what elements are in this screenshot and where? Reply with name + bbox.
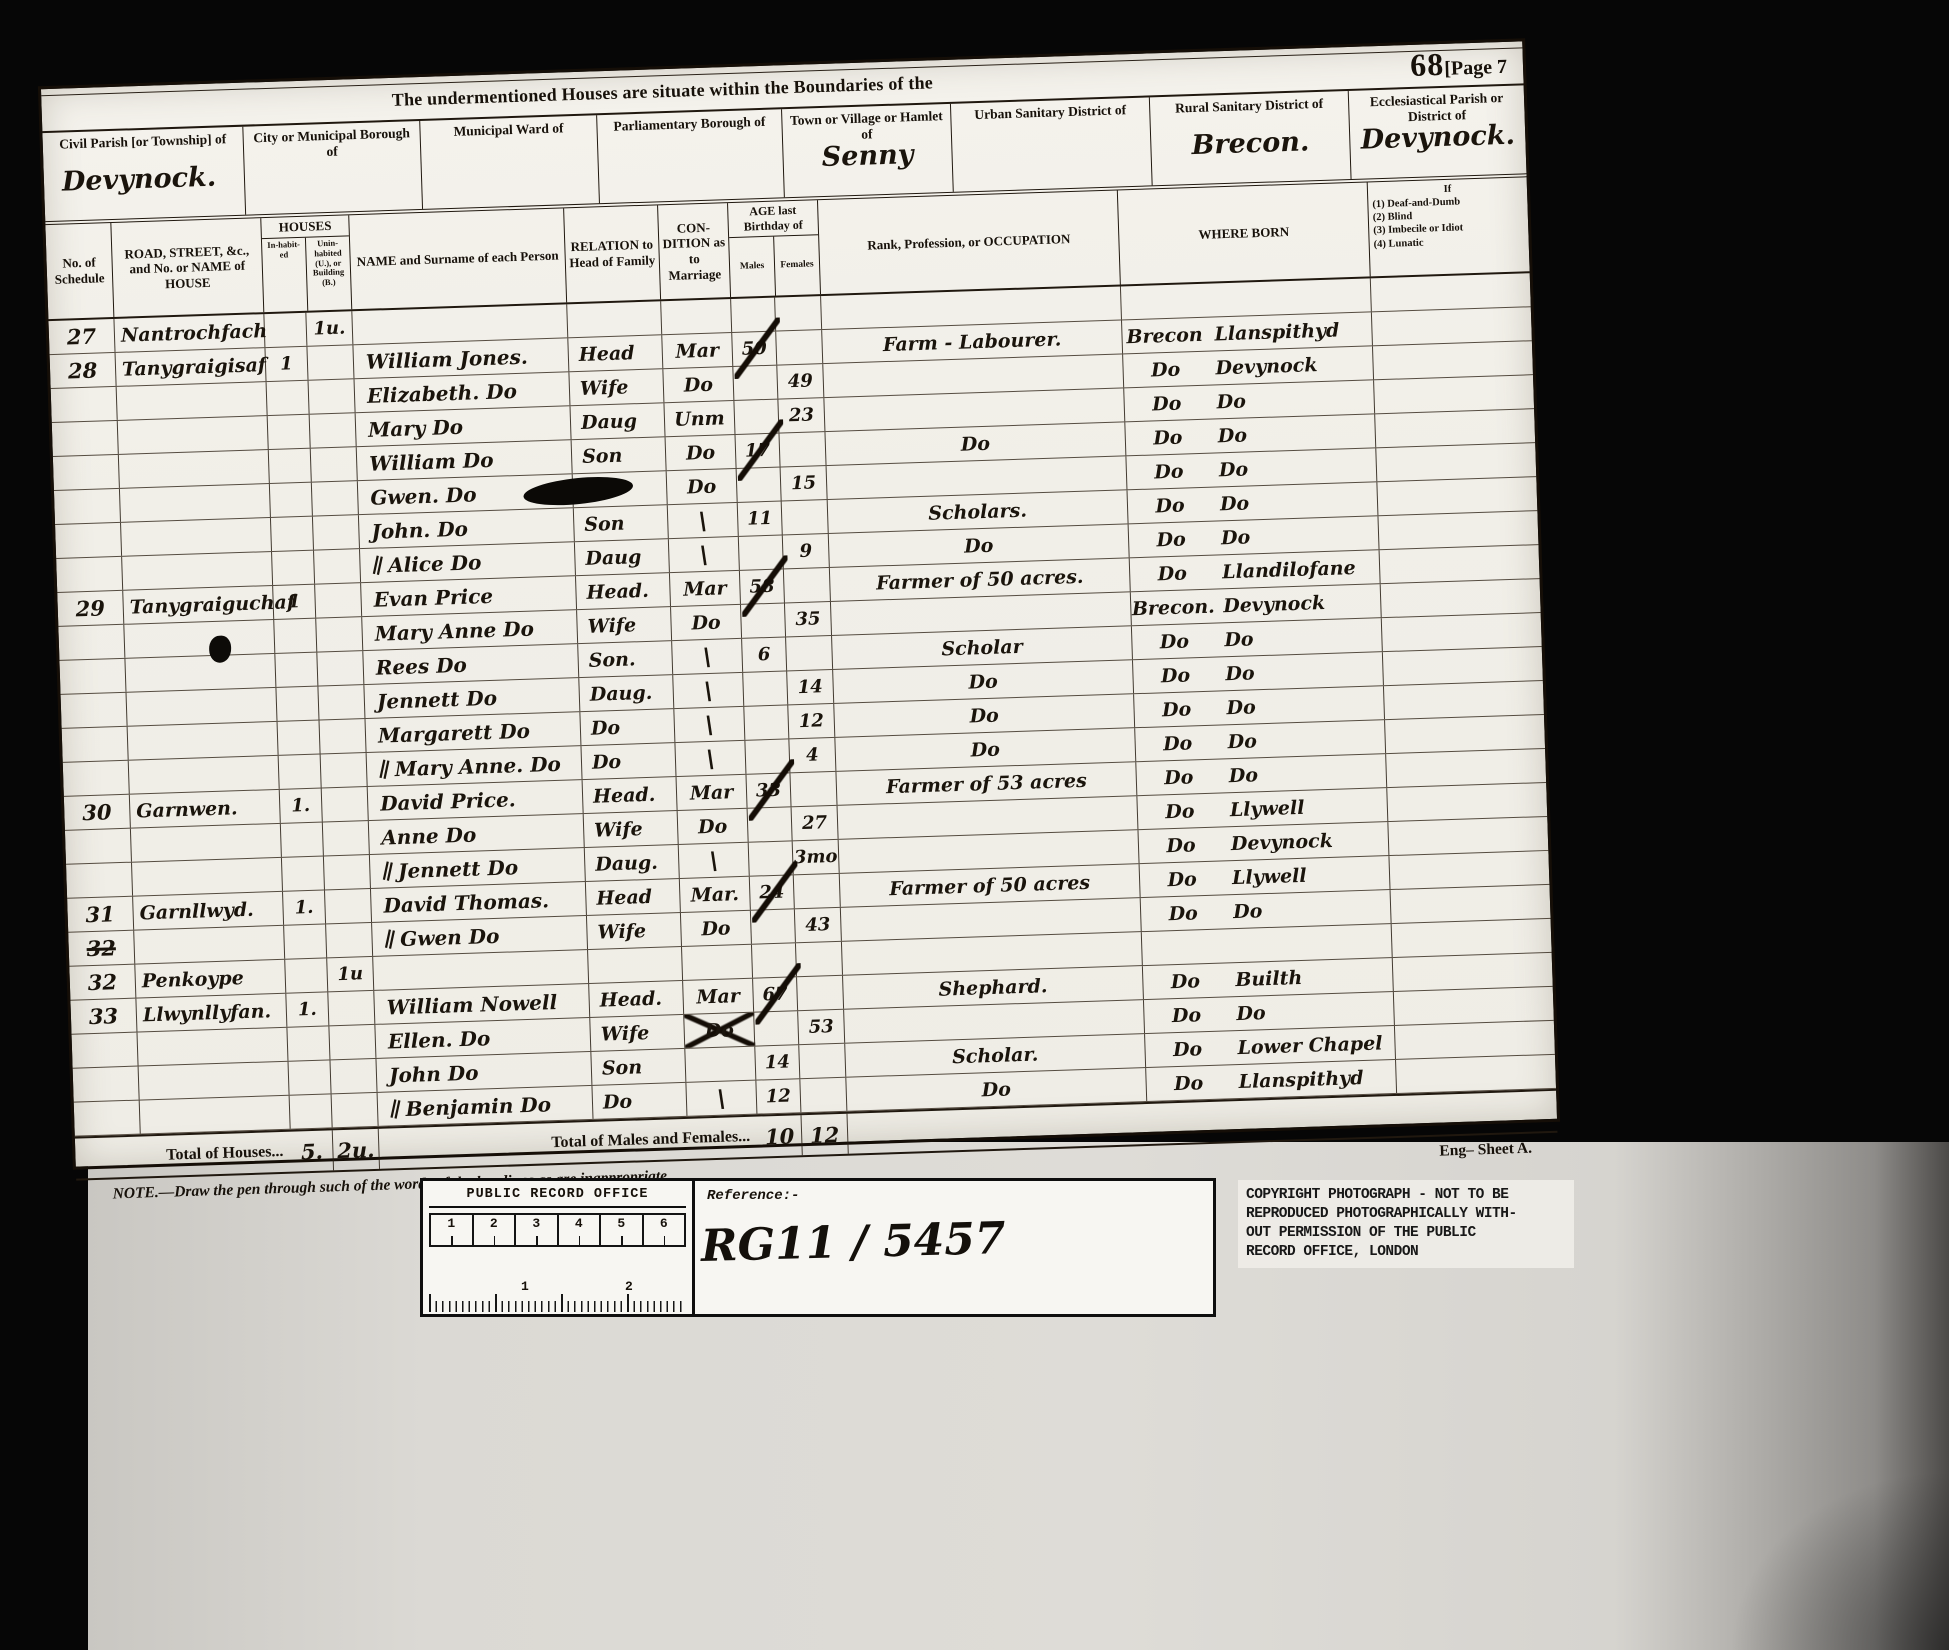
marriage-condition: Mar: [670, 571, 741, 606]
age-male: 58: [740, 569, 785, 603]
public-record-office-stamp: PUBLIC RECORD OFFICE 1 2 3 4 5 6 1 2 Ref…: [420, 1178, 1216, 1317]
person-name: Jennett Do: [364, 678, 580, 718]
person-name: [352, 304, 568, 344]
person-name: Margarett Do: [365, 712, 581, 752]
houses-uninhabited: [309, 379, 356, 413]
houses-uninhabited: [317, 651, 364, 685]
age-male: [743, 671, 788, 705]
marriage-condition: \: [675, 741, 746, 776]
disability-cell: [1381, 579, 1541, 617]
person-name: David Price.: [368, 780, 584, 820]
houses-inhabited: [285, 958, 328, 992]
age-male: [734, 400, 779, 434]
disability-cell: [1373, 341, 1533, 379]
disability-cell: [1383, 647, 1543, 685]
marriage-condition: [682, 945, 753, 980]
total-houses-label: Total of Houses...: [75, 1132, 292, 1179]
road-or-house-name: Penkoype: [135, 960, 286, 998]
person-name: John. Do: [359, 508, 575, 548]
column-header-occupation: Rank, Profession, or OCCUPATION: [818, 190, 1121, 294]
age-male: 33: [746, 773, 791, 807]
disability-cell: [1393, 953, 1553, 991]
road-or-house-name: [139, 1062, 290, 1100]
disability-cell: [1396, 1055, 1556, 1093]
age-female: 9: [783, 534, 830, 568]
schedule-number: [73, 1067, 140, 1102]
houses-inhabited: [268, 415, 311, 449]
houses-uninhabited: [316, 617, 363, 651]
schedule-number: [62, 727, 129, 762]
houses-uninhabited: [328, 991, 375, 1025]
age-female: 4: [789, 738, 836, 772]
relation-to-head: Daug: [575, 539, 670, 575]
person-name: Ellen. Do: [375, 1018, 591, 1058]
column-header-schedule: No. of Schedule: [45, 223, 114, 319]
road-or-house-name: [117, 382, 268, 420]
schedule-number: [54, 489, 121, 524]
houses-inhabited: 1: [273, 585, 316, 619]
age-male: [731, 298, 776, 332]
relation-to-head: Wife: [569, 369, 664, 405]
marriage-condition: Unm: [664, 401, 735, 436]
road-or-house-name: [134, 926, 285, 964]
houses-inhabited: 1: [265, 347, 308, 381]
houses-inhabited: [270, 483, 313, 517]
marriage-condition: \: [673, 673, 744, 708]
person-name: ∥Alice Do: [360, 542, 576, 582]
stamp-office-title: PUBLIC RECORD OFFICE: [429, 1184, 686, 1208]
disability-cell: [1387, 783, 1547, 821]
person-name: Rees Do: [363, 644, 579, 684]
relation-to-head: Son: [572, 437, 667, 473]
schedule-number: 30: [64, 795, 131, 830]
age-male: [744, 705, 789, 739]
person-name: ∥Benjamin Do: [378, 1086, 594, 1126]
age-male: 24: [750, 875, 795, 909]
road-or-house-name: [132, 858, 283, 896]
relation-to-head: Head: [568, 335, 663, 371]
disability-cell: [1374, 375, 1534, 413]
disability-cell: [1385, 715, 1545, 753]
schedule-number: [53, 455, 120, 490]
marriage-condition: Mar: [662, 333, 733, 368]
marriage-condition: \: [674, 707, 745, 742]
schedule-number: 33: [70, 999, 137, 1034]
household-end-mark: ∥: [377, 756, 392, 782]
houses-uninhabited: [324, 855, 371, 889]
total-males: 10: [758, 1115, 803, 1156]
road-or-house-name: [127, 688, 278, 726]
houses-inhabited: [264, 313, 307, 347]
age-female: 23: [778, 398, 825, 432]
road-or-house-name: Nantrochfach: [114, 314, 265, 352]
age-female: [796, 942, 843, 976]
disability-cell: [1371, 273, 1531, 311]
houses-inhabited: [279, 755, 322, 789]
houses-uninhabited: [323, 821, 370, 855]
disability-cell: [1386, 749, 1546, 787]
person-name: William Nowell: [374, 984, 590, 1024]
houses-inhabited: 1.: [283, 890, 326, 924]
age-male: 12: [756, 1079, 801, 1113]
household-end-mark: ∥: [382, 926, 397, 952]
schedule-number: 27: [48, 319, 115, 354]
schedule-number: [58, 625, 125, 660]
relation-to-head: Wife: [584, 811, 679, 847]
person-name: David Thomas.: [371, 882, 587, 922]
person-name: Elizabeth. Do: [355, 372, 571, 412]
schedule-number: [52, 421, 119, 456]
relation-to-head: Do: [592, 1083, 687, 1119]
column-header-where-born: WHERE BORN: [1118, 182, 1371, 284]
column-header-females: Females: [774, 235, 820, 295]
age-female: 14: [787, 670, 834, 704]
houses-inhabited: [282, 856, 325, 890]
total-uninhabited: 2u.: [333, 1129, 380, 1170]
age-female: 27: [792, 806, 839, 840]
age-male: [749, 841, 794, 875]
boundary-rural-sanitary: Rural Sanitary District of Brecon.: [1150, 91, 1352, 185]
road-or-house-name: Garnllwyd.: [133, 892, 284, 930]
age-male: [739, 535, 784, 569]
disability-cell: [1384, 681, 1544, 719]
age-male: 67: [753, 977, 798, 1011]
road-or-house-name: [122, 552, 273, 590]
relation-to-head: Head.: [583, 777, 678, 813]
houses-inhabited: [276, 687, 319, 721]
sheet-label: Eng– Sheet A.: [1439, 1140, 1532, 1161]
disability-cell: [1395, 1021, 1555, 1059]
census-form-paper: The undermentioned Houses are situate wi…: [38, 38, 1560, 1169]
age-male: [745, 739, 790, 773]
houses-uninhabited: 1u.: [306, 311, 353, 345]
road-or-house-name: [121, 518, 272, 556]
relation-to-head: Wife: [577, 607, 672, 643]
age-female: 35: [785, 602, 832, 636]
houses-inhabited: 1.: [280, 789, 323, 823]
houses-inhabited: [275, 653, 318, 687]
age-male: 11: [738, 502, 783, 536]
person-name: Anne Do: [369, 814, 585, 854]
total-females: 12: [802, 1114, 849, 1155]
person-name: ∥Gwen Do: [372, 916, 588, 956]
household-end-mark: ∥: [370, 552, 385, 578]
age-female: [786, 636, 833, 670]
houses-inhabited: [278, 721, 321, 755]
relation-to-head: Son.: [578, 641, 673, 677]
marriage-condition: \: [668, 503, 739, 538]
houses-uninhabited: [322, 787, 369, 821]
person-name: William Do: [357, 440, 573, 480]
boundary-parliamentary-borough: Parliamentary Borough of: [597, 109, 785, 203]
schedule-number: [56, 557, 123, 592]
relation-to-head: [588, 947, 683, 983]
houses-uninhabited: [310, 413, 357, 447]
person-name: Mary Do: [356, 406, 572, 446]
boundary-town-village: Town or Village or Hamlet of Senny: [782, 104, 954, 197]
houses-uninhabited: [320, 719, 367, 753]
marriage-condition: Do: [663, 367, 734, 402]
age-female: 49: [777, 364, 824, 398]
boundary-city-borough: City or Municipal Borough of: [243, 121, 423, 215]
disability-cell: [1377, 477, 1537, 515]
age-male: 14: [755, 1045, 800, 1079]
age-male: 6: [742, 637, 787, 671]
houses-uninhabited: [314, 549, 361, 583]
road-or-house-name: Tanygraigisaf: [116, 348, 267, 386]
houses-inhabited: [274, 619, 317, 653]
person-name: ∥Mary Anne. Do: [367, 746, 583, 786]
relation-to-head: [573, 471, 668, 507]
houses-uninhabited: [318, 685, 365, 719]
column-header-condition: CON- DITION as to Marriage: [658, 203, 731, 299]
age-female: 3mo: [793, 840, 840, 874]
road-or-house-name: [120, 484, 271, 522]
schedule-number: [55, 523, 122, 558]
age-female: [775, 296, 822, 330]
age-female: [800, 1078, 847, 1112]
marriage-condition: Do: [671, 605, 742, 640]
age-female: [799, 1044, 846, 1078]
marriage-condition: \: [672, 639, 743, 674]
person-name: [373, 950, 589, 990]
road-or-house-name: Tanygraiguchaf: [123, 586, 274, 624]
houses-uninhabited: [311, 447, 358, 481]
age-male: [751, 909, 796, 943]
relation-to-head: Wife: [590, 1015, 685, 1051]
column-header-houses: HOUSES In-habit-ed Unin-habited (U.), or…: [261, 215, 352, 312]
schedule-number: 28: [50, 353, 117, 388]
road-or-house-name: [118, 416, 269, 454]
disability-cell: [1391, 885, 1551, 923]
houses-uninhabited: [330, 1059, 377, 1093]
disability-cell: [1394, 987, 1554, 1025]
age-male: 17: [736, 434, 781, 468]
relation-to-head: Head.: [576, 573, 671, 609]
houses-inhabited: [281, 822, 324, 856]
marriage-condition: Do: [684, 1013, 755, 1048]
disability-cell: [1389, 851, 1549, 889]
relation-to-head: Head: [586, 879, 681, 915]
houses-inhabited: [284, 924, 327, 958]
age-male: [737, 468, 782, 502]
stamp-ruler: 1 2: [429, 1250, 686, 1312]
schedule-number: [74, 1101, 141, 1136]
schedule-number: [72, 1033, 139, 1068]
column-header-males: Males: [729, 237, 776, 297]
age-female: [790, 772, 837, 806]
road-or-house-name: [140, 1096, 291, 1134]
age-female: 15: [781, 466, 828, 500]
disability-cell: [1375, 409, 1535, 447]
household-end-mark: ∥: [388, 1096, 403, 1122]
houses-inhabited: [269, 449, 312, 483]
person-name: ∥Jennett Do: [370, 848, 586, 888]
schedule-number: 32: [68, 931, 135, 966]
disability-cell: [1382, 613, 1542, 651]
houses-inhabited: [289, 1060, 332, 1094]
schedule-number: 32: [69, 965, 136, 1000]
relation-to-head: Son: [574, 505, 669, 541]
relation-to-head: Head.: [589, 981, 684, 1017]
relation-to-head: Daug: [570, 403, 665, 439]
age-male: [733, 366, 778, 400]
road-or-house-name: Garnwen.: [130, 790, 281, 828]
disability-cell: [1392, 919, 1552, 957]
houses-uninhabited: 1u: [327, 957, 374, 991]
person-name: John Do: [376, 1052, 592, 1092]
road-or-house-name: [125, 654, 276, 692]
marriage-condition: \: [679, 843, 750, 878]
houses-uninhabited: [325, 889, 372, 923]
column-header-road: ROAD, STREET, &c., and No. or NAME of HO…: [111, 218, 264, 317]
relation-to-head: Do: [581, 743, 676, 779]
marriage-condition: \: [686, 1081, 757, 1116]
houses-inhabited: [290, 1094, 333, 1128]
houses-uninhabited: [321, 753, 368, 787]
relation-to-head: Daug.: [579, 675, 674, 711]
road-or-house-name: [128, 722, 279, 760]
schedule-number: [51, 387, 118, 422]
houses-uninhabited: [312, 481, 359, 515]
boundary-civil-parish: Civil Parish [or Township] of Devynock.: [42, 127, 246, 221]
column-header-age: AGE last Birthday of Males Females: [728, 200, 821, 297]
boundary-urban-sanitary: Urban Sanitary District of: [951, 97, 1153, 191]
marriage-condition: Mar: [677, 775, 748, 810]
age-female: [782, 500, 829, 534]
houses-inhabited: 1.: [286, 992, 329, 1026]
road-or-house-name: [124, 620, 275, 658]
houses-uninhabited: [313, 515, 360, 549]
copyright-stamp: COPYRIGHT PHOTOGRAPH - NOT TO BE REPRODU…: [1238, 1180, 1574, 1268]
disability-cell: [1380, 545, 1540, 583]
marriage-condition: [661, 299, 732, 334]
houses-inhabited: [267, 381, 310, 415]
person-name: Mary Anne Do: [362, 610, 578, 650]
age-female: [794, 874, 841, 908]
schedule-number: [59, 659, 126, 694]
column-header-inhabited: In-habit-ed: [262, 238, 308, 312]
total-inhabited: 5.: [291, 1130, 334, 1171]
schedule-number: [61, 693, 128, 728]
column-header-relation: RELATION to Head of Family: [564, 205, 661, 302]
age-male: [741, 603, 786, 637]
age-female: [797, 976, 844, 1010]
stamp-number-boxes: 1 2 3 4 5 6: [429, 1213, 686, 1247]
marriage-condition: [685, 1047, 756, 1082]
road-or-house-name: [137, 1028, 288, 1066]
age-female: [779, 432, 826, 466]
houses-inhabited: [272, 551, 315, 585]
disability-cell: [1378, 511, 1538, 549]
schedule-number: 29: [57, 591, 124, 626]
schedule-number: [65, 829, 132, 864]
column-header-uninhabited: Unin-habited (U.), or Building (B.): [306, 236, 351, 310]
age-female: [776, 330, 823, 364]
houses-inhabited: [271, 517, 314, 551]
houses-uninhabited: [307, 345, 354, 379]
houses-uninhabited: [315, 583, 362, 617]
age-female: 12: [788, 704, 835, 738]
age-male: [752, 943, 797, 977]
relation-to-head: Do: [580, 709, 675, 745]
houses-inhabited: [287, 1026, 330, 1060]
disability-cell: [1372, 307, 1532, 345]
reference-label: Reference:-: [707, 1188, 799, 1204]
boundary-municipal-ward: Municipal Ward of: [420, 115, 600, 209]
marriage-condition: Do: [681, 911, 752, 946]
marriage-condition: Do: [678, 809, 749, 844]
person-name: Evan Price: [361, 576, 577, 616]
boundary-ecclesiastical-parish: Ecclesiastical Parish or District of Dev…: [1349, 85, 1527, 179]
person-name: William Jones.: [353, 338, 569, 378]
column-header-name: NAME and Surname of each Person: [349, 208, 567, 309]
schedule-number: 31: [67, 897, 134, 932]
disability-cell: [1376, 443, 1536, 481]
relation-to-head: Wife: [587, 913, 682, 949]
marriage-condition: Do: [667, 469, 738, 504]
age-male: [754, 1011, 799, 1045]
road-or-house-name: [119, 450, 270, 488]
relation-to-head: Son: [591, 1049, 686, 1085]
column-header-disabilities: If (1) Deaf-and-Dumb (2) Blind (3) Imbec…: [1368, 177, 1530, 276]
reference-value: RG11 / 5457: [700, 1213, 1006, 1272]
page-number: 68[Page 7: [1410, 44, 1508, 84]
relation-to-head: [567, 301, 662, 337]
age-female: [784, 568, 831, 602]
road-or-house-name: [131, 824, 282, 862]
age-female: 53: [798, 1010, 845, 1044]
schedule-number: [63, 761, 130, 796]
stamp-reference-panel: Reference:- RG11 / 5457: [695, 1181, 1213, 1314]
relation-to-head: Daug.: [585, 845, 680, 881]
marriage-condition: \: [669, 537, 740, 572]
age-female: 43: [795, 908, 842, 942]
disability-cell: [1388, 817, 1548, 855]
age-male: 50: [732, 332, 777, 366]
road-or-house-name: Llwynllyfan.: [136, 994, 287, 1032]
marriage-condition: Mar.: [680, 877, 751, 912]
marriage-condition: Do: [666, 435, 737, 470]
marriage-condition: Mar: [683, 979, 754, 1014]
scanned-census-page: The undermentioned Houses are situate wi…: [0, 0, 1949, 1650]
schedule-number: [66, 863, 133, 898]
census-rows: 27Nantrochfach1u.28Tanygraigisaf1William…: [48, 273, 1556, 1136]
age-male: [748, 807, 793, 841]
houses-uninhabited: [332, 1093, 379, 1127]
household-end-mark: ∥: [380, 858, 395, 884]
houses-uninhabited: [329, 1025, 376, 1059]
stamp-scale-panel: PUBLIC RECORD OFFICE 1 2 3 4 5 6 1 2: [423, 1181, 695, 1314]
houses-uninhabited: [326, 923, 373, 957]
road-or-house-name: [129, 756, 280, 794]
